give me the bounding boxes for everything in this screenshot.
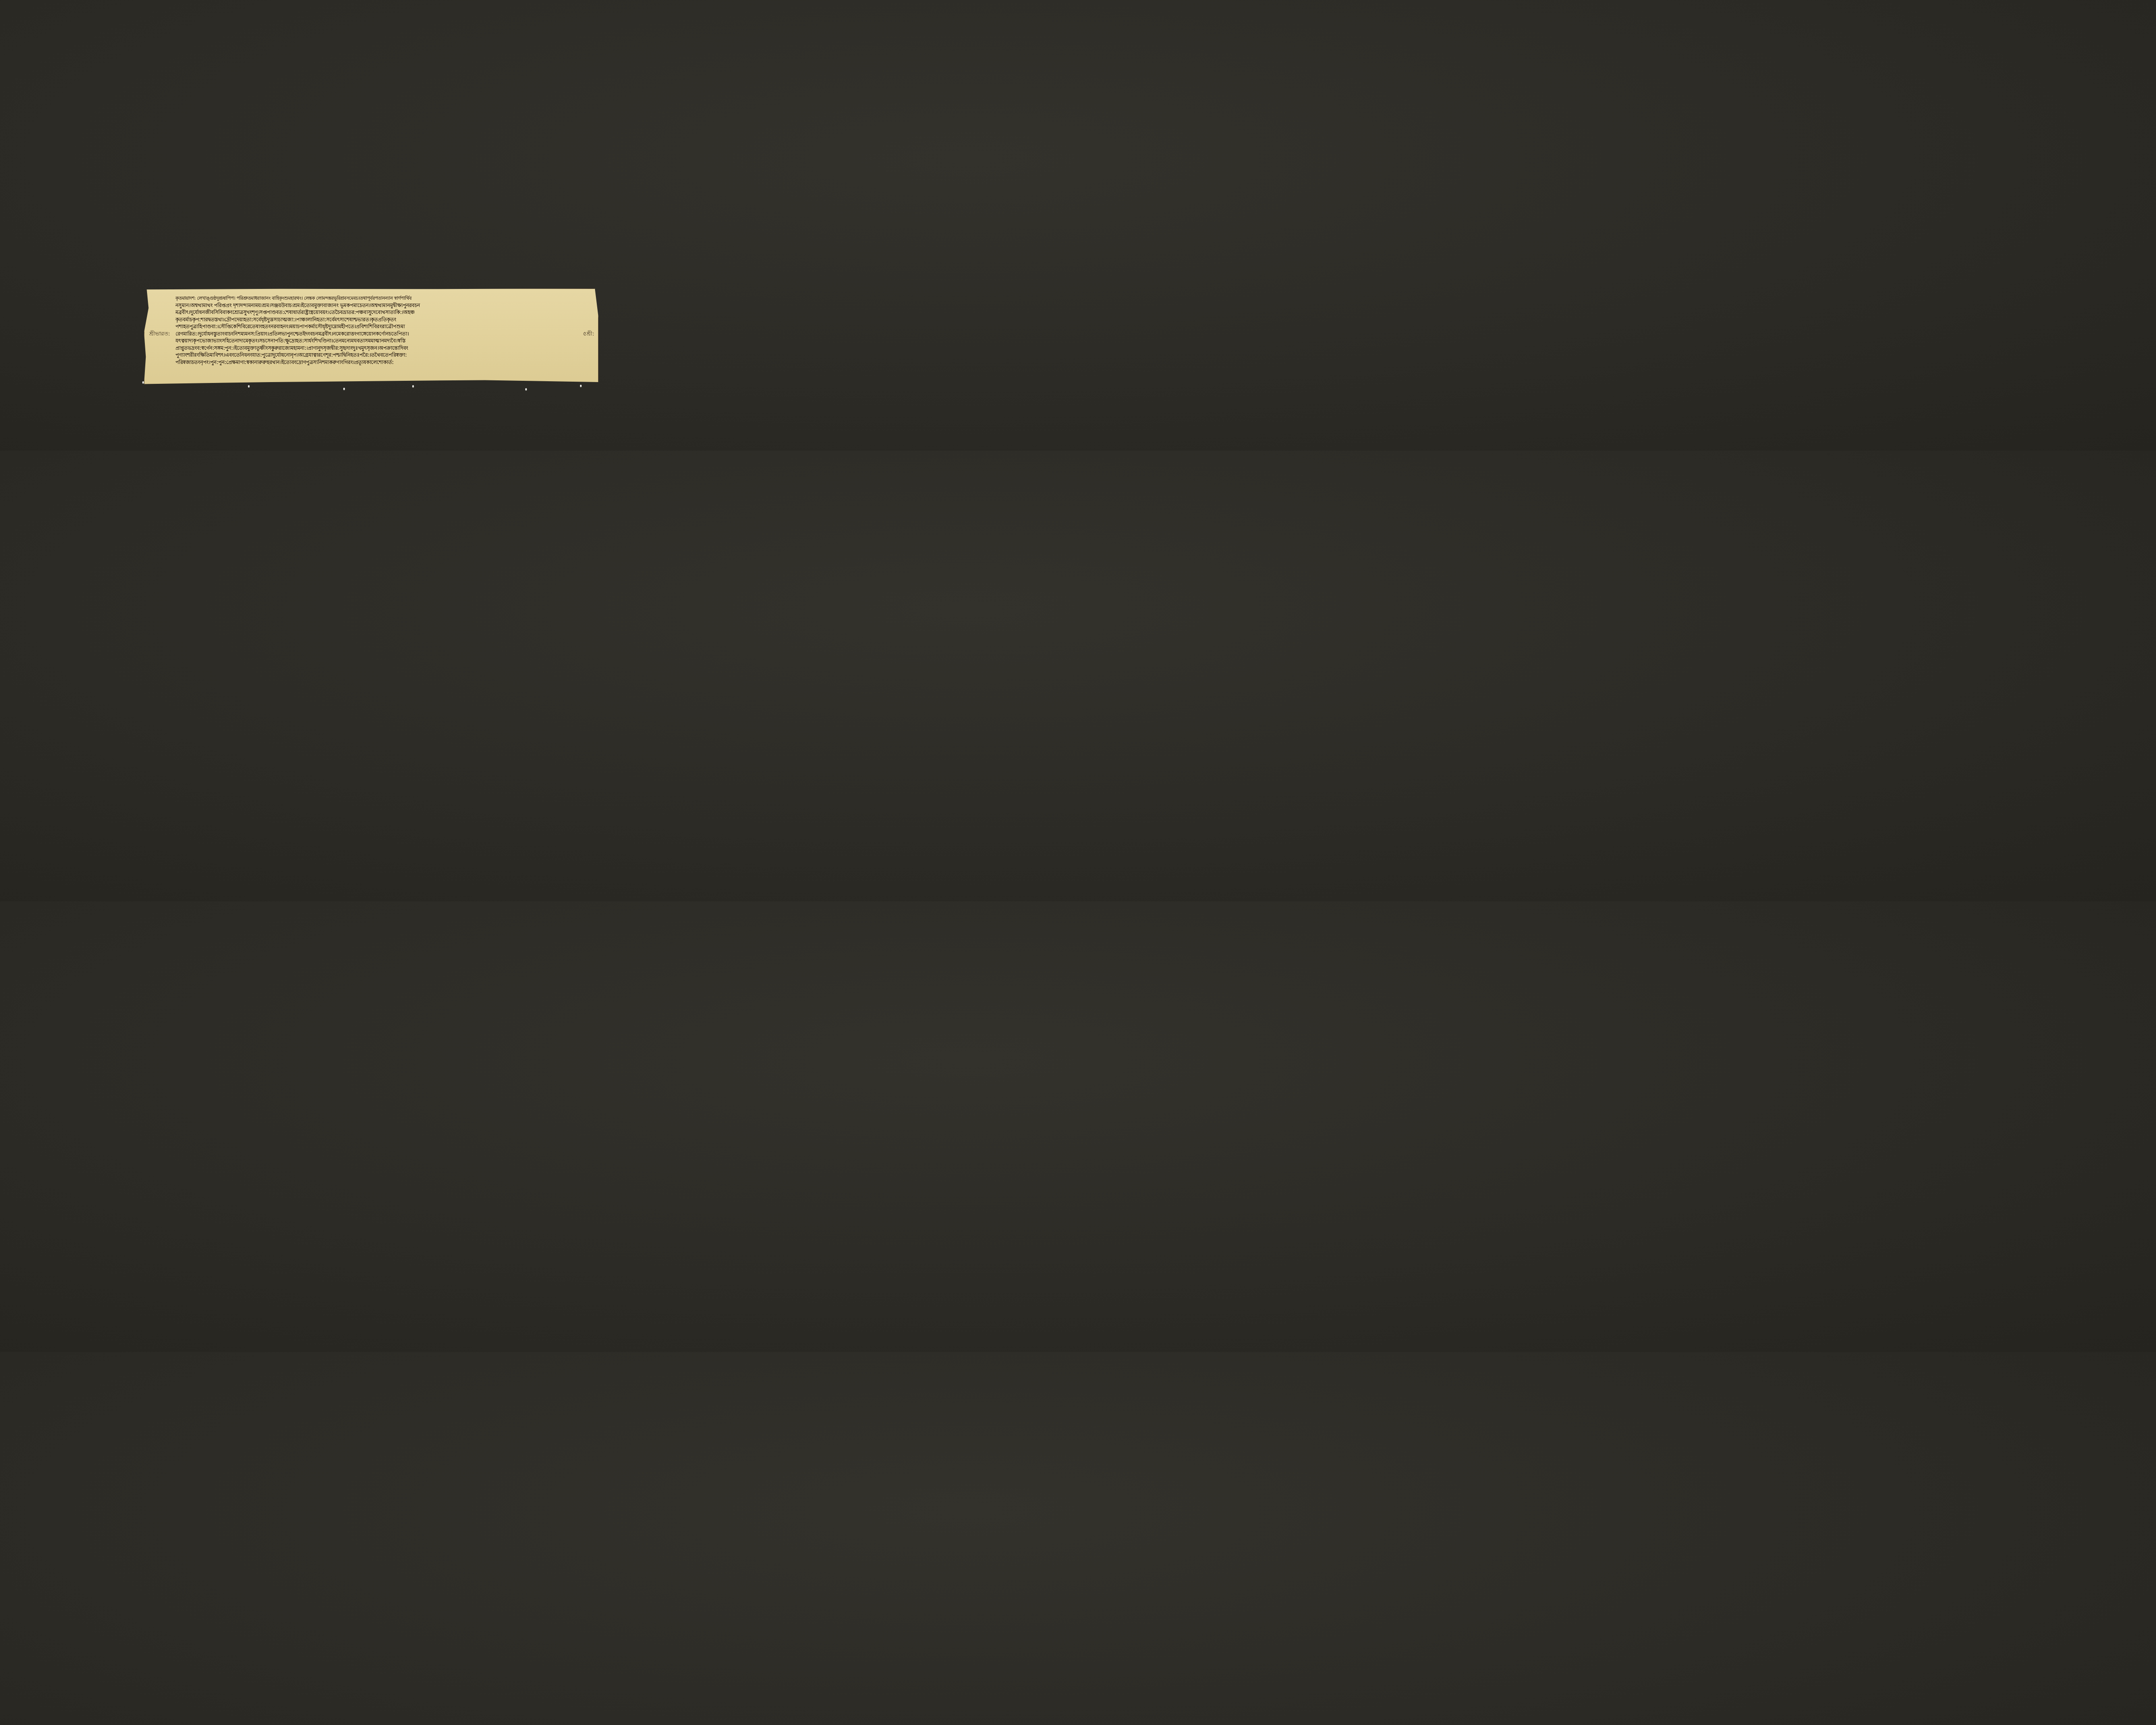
text-line: পরিষ্বজ্যচতংনৃপং।পুন:পুন:প্রেক্ষমাণা:স্ব… xyxy=(175,359,548,366)
text-line: কৃতমায়াদশ: লেখাঙ্গুষ্ঠদুশ্রূষাপিপ। পরিশ… xyxy=(175,295,548,301)
text-line: পশ্যহতপুত্রাহিপাণ্ডবা:।সৌপ্তিকেশিবিরেতেষ… xyxy=(175,323,548,330)
text-line: পুণ্যাংশরীরংক্ষিতিমাবিশৎ।এবংতেনিধনংযাত:প… xyxy=(175,351,548,358)
text-line: কৃতবর্মাচকৃপ:শারদ্বতস্তথা।দ্রৌপদেয়াহতা:… xyxy=(175,316,548,323)
text-line: রেণমারিত:।দুর্যোধনস্তুতাংবাচংনিশম্যমনস:প… xyxy=(175,330,548,337)
text-line: নসুমান।অশ্বত্থামাথং পরিপ্তপ্রং দৃশ্যদন্দ… xyxy=(175,302,548,309)
margin-label-right: ৫শ্রী: xyxy=(583,330,594,339)
mounting-pin xyxy=(142,381,144,384)
text-line: যৎত্বয়াদ্যকৃপভোজাভ্যাংসহিতেনাদ্যমেকৃতং।… xyxy=(175,337,548,344)
mounting-pin xyxy=(580,385,582,387)
manuscript-text-block: কৃতমায়াদশ: লেখাঙ্গুষ্ঠদুশ্রূষাপিপ। পরিশ… xyxy=(175,295,563,365)
text-line: মব্রবীৎ।দুর্যোধনজীবসিবিবাকংশ্রোত্রসুখংশৃ… xyxy=(175,309,548,316)
margin-label-left: শ্রীভারত: xyxy=(149,330,170,339)
mounting-pin xyxy=(525,388,527,391)
mounting-pin xyxy=(248,385,250,388)
manuscript-leaf: শ্রীভারত: কৃতমায়াদশ: লেখাঙ্গুষ্ঠদুশ্রূষ… xyxy=(144,289,599,386)
text-line: প্রাপ্নুতভদ্রংব:স্বর্গেন:সঙ্গম:পুন:।ইত্য… xyxy=(175,345,548,351)
mounting-pin xyxy=(412,385,414,388)
mounting-pin xyxy=(343,388,345,390)
